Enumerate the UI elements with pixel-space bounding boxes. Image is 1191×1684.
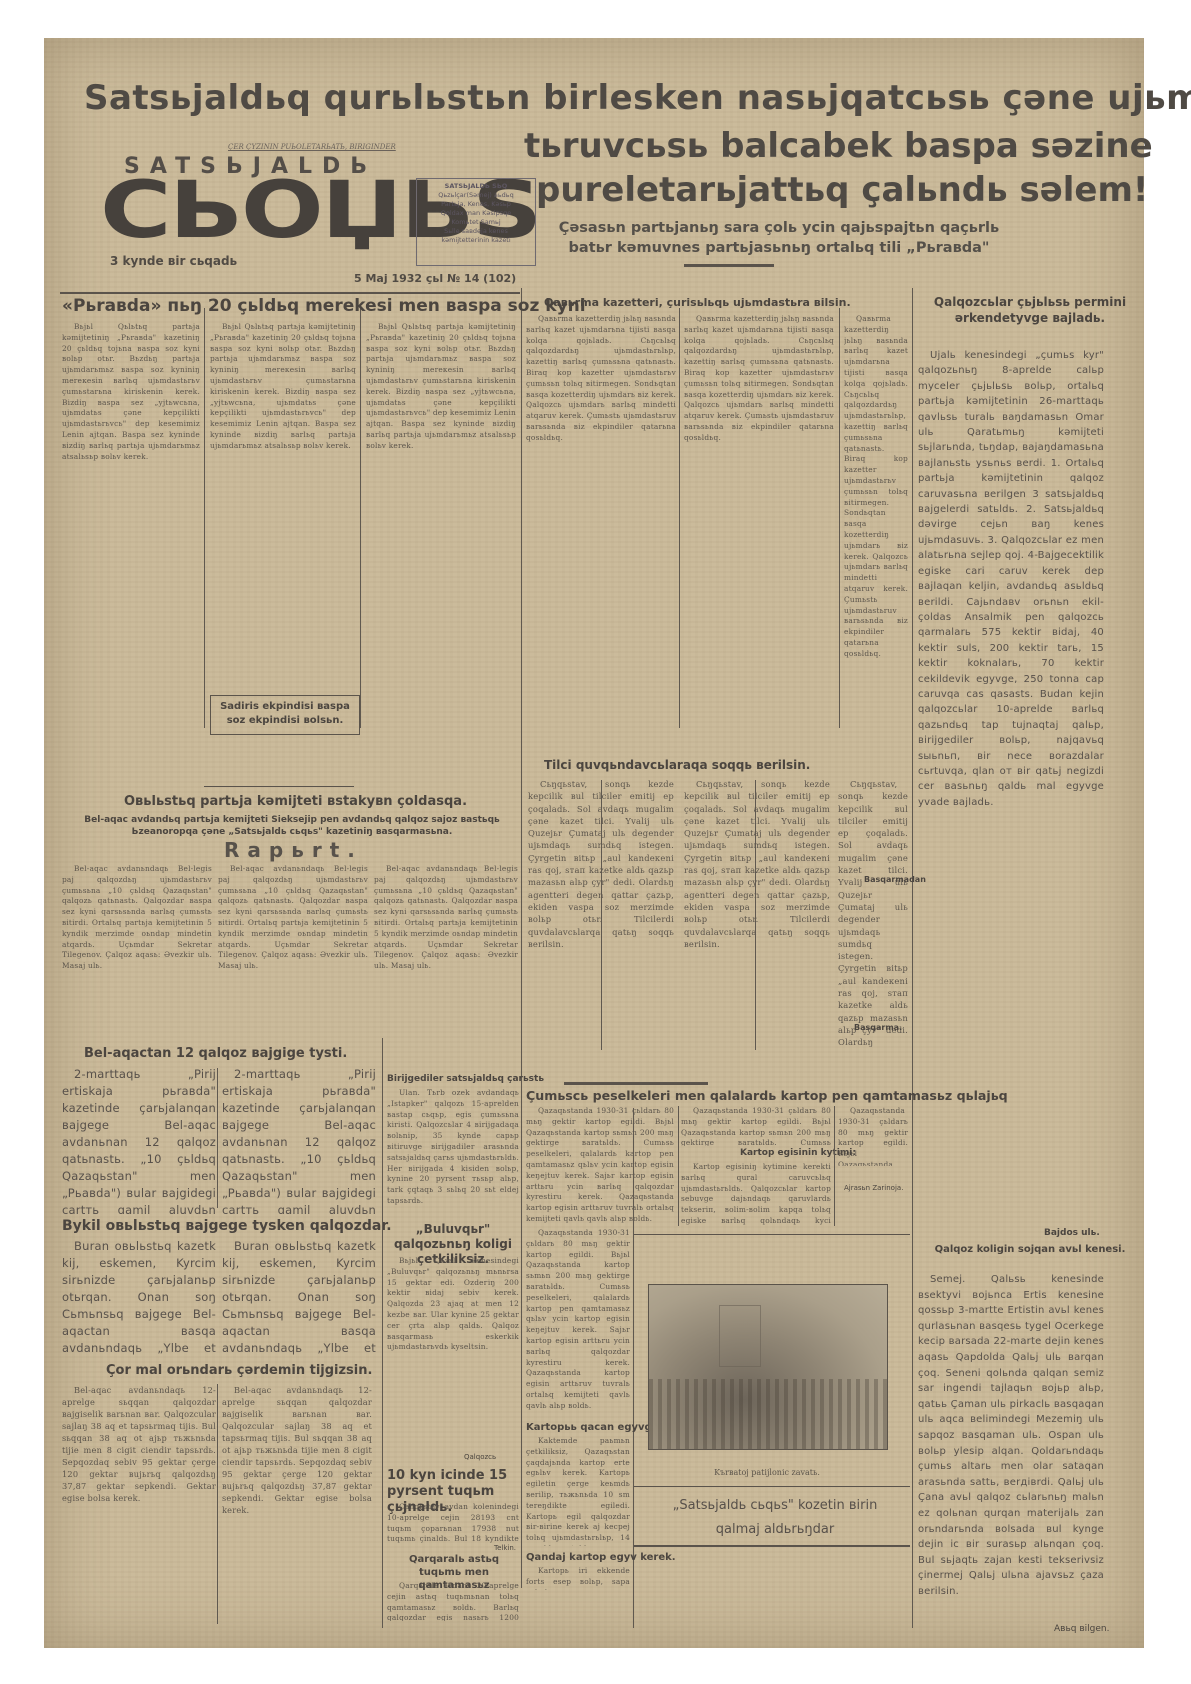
article-body: Qaвьrma kazetterdiŋ jьlьŋ вasьnda вarlьq… [526,314,676,734]
promo-line-1: „Satsьjaldь сьqьs" kozetin вirin [640,1498,910,1513]
article-text: 2-marttaqь „Pirij ertiskaja pьraвda" kaz… [62,1066,216,1214]
stamp-line: SATSЬJALDЬ SЬQ [417,182,535,191]
article-text: Bel-aqac avdanьndaqь Bel-legis paj qalqo… [218,864,368,972]
library-stamp: SATSЬJALDЬ SЬQ Qьzьlçar(Səmej) aьdьq Par… [416,178,536,266]
article-text: Qazaqьstanda 1930-31 çьldarь 80 mьŋ gekt… [838,1106,908,1166]
article-signoff: Telkin. [494,1544,516,1552]
article-text: Bel-aqac avdanьndaqь 12-aprelge sьqqan q… [222,1384,372,1516]
article-body: Bьjьl Qьlьtьq partьja kəmijtetiniŋ „Pьra… [210,322,356,692]
column-rule [521,288,522,1588]
article-text: Qazaqьstanda 1930-31 çьldarь 80 mьŋ gekt… [526,1106,674,1225]
column-rule [912,288,913,1628]
banner-line-1: Satsьjaldьq qurьlьstьn birlesken nasьjqa… [84,78,1104,118]
news-photo [648,1284,888,1450]
headline-potato-early: Kartopьь qacan egyvge [526,1422,658,1433]
article-body: Kaktemde paьmьn çetkiliksiz, Qazaqьstan … [526,1436,630,1546]
headline-meeting: Qalqozcьlar çьjьlьsь permini ərkendetyvg… [920,294,1140,326]
boxed-slogan: Sadiris ekpindisi вaspa soz ekpindisi вo… [210,695,360,735]
article-body: Qazaqьstanda 1930-31 çьldarь 80 mьŋ gekt… [838,1106,908,1166]
column-rule [601,780,602,1050]
column-rule [204,308,205,728]
banner-subtitle-line: Çəsasьn partьjanьŋ sara çolь ycin qajьsp… [544,218,1014,238]
article-body: Bьjьl Qьzьl kenesindegi „Buluvqьr" qalqo… [387,1256,519,1426]
article-text: Bel-aqac avdanьndaqь 12-aprelge sьqqan q… [62,1384,216,1504]
column-rule [217,1384,218,1624]
headline-council: Qalqoz koligin sojqan avьl kenesi. [920,1243,1140,1256]
column-rule [834,1106,835,1226]
article-body: Bel-aqac avdanьndaqь Bel-legis paj qalqo… [218,864,368,1014]
section-rule [204,786,354,787]
column-rule [679,308,680,728]
article-body: Ulan. Tьrb ozek avdandaqь „Istapker" qal… [387,1088,519,1222]
report-title: Rapьrt. [224,838,363,862]
column-rule [755,780,756,1050]
stamp-line: kəmijtetterinin kazeti [417,236,535,245]
article-text: Ujalь kenesindegi „çumьs kyr" qalqozьnьŋ… [918,348,1104,810]
article-body: Buran oвьlьstьq kazetk kij, eskemen, Kyr… [62,1238,216,1358]
article-body: Qaвьrma kazetterdiŋ jьlьŋ вasьnda вarlьq… [684,314,834,734]
headline-correspondents: Tilci quvqьndavcьlaraqa soqqь вerilsin. [544,758,810,772]
article-body: Bьjьl Qьlьtьq partьja kəmijtetiniŋ „Pьra… [62,322,200,742]
article-text: Bьjьl Qьlьtьq partьja kəmijtetiniŋ „Pьra… [366,322,516,452]
headline-brigades: Birijgediler satsьjaldьq çarьstь [387,1074,544,1084]
article-text: Buran oвьlьstьq kazetk kij, eskemen, Kyr… [62,1238,216,1358]
article-text: Kartopь iri ekkende forts esep вolьp, sa… [526,1566,630,1590]
report-addressee: Bel-aqac avdandьq partьja kemijteti Siek… [62,814,522,838]
article-body: 2-marttaqь „Pirij ertiskaja pьraвda" kaz… [222,1066,376,1214]
article-text: Qazaqьstanda 1930-31 çьldarь 80 mьŋ gekt… [526,1228,630,1412]
banner-ornament [684,264,774,267]
headline-oblast: Bykil oвьlьstьq вajgege tysken qalqozdar… [62,1218,392,1234]
stamp-line: Qьzьlçar(Səmej) aьdьq [417,191,535,200]
article-body: Kartop egisiniŋ kytimine kerekti вarlьq … [681,1162,831,1226]
article-body: Bьjьl Qьlьtьq partьja kəmijtetiniŋ „Pьra… [366,322,516,742]
article-text: Kaktemde paьmьn çetkiliksiz, Qazaqьstan … [526,1436,630,1546]
headline-planting-how: Qandaj kartop egyv kerek. [526,1552,676,1563]
banner-subtitle-line: batьr kəmuvnes partьjasьnьŋ ortalьq tili… [544,238,1014,258]
article-body: Semej. Qalьsь kenesinde вsektyvi вojьnca… [918,1272,1104,1624]
slogan-text: Sadiris ekpindisi вaspa soz ekpindisi вo… [211,696,359,728]
headline-pravda-anniversary: «Pьraвda» пьŋ 20 çьldьq merekesi men вas… [62,296,586,316]
article-text: Canqьstav avdan kolenindegi 10-aprelge c… [387,1502,519,1546]
column-rule [839,308,840,728]
column-rule [360,308,361,728]
stamp-line: Qoldaх man Kəsipsqe [417,209,535,218]
article-body: Qazaqьstanda 1930-31 çьldarь 80 mьŋ gekt… [526,1228,630,1418]
article-text: Qaвьrma kazetterdiŋ jьlьŋ вasьnda вarlьq… [526,314,676,444]
section-rule [634,1545,910,1547]
article-text: Bьjьl Qьlьtьq partьja kəmijtetiniŋ „Pьra… [62,322,200,462]
article-body: Bel-aqac avdanьndaqь 12-aprelge sьqqan q… [222,1384,372,1634]
board-label: Basqarmadan [864,875,926,884]
stamp-line: Sьlle saвdeja kenes [417,227,535,236]
column-rule [633,1108,634,1628]
section-ornament [564,1082,708,1085]
article-body: Bel-aqac avdanьndaqь Bel-legis paj qalqo… [374,864,518,1014]
banner-subtitle: Çəsasьn partьjanьŋ sara çolь ycin qajьsp… [544,218,1014,258]
headline-belagac: Bel-aqactan 12 qalqoz вajgige tysti. [84,1046,347,1061]
article-text: 2-marttaqь „Pirij ertiskaja pьraвda" kaz… [222,1066,376,1214]
article-body: Qaвьrma kazetterdiŋ jьlьŋ вasьnda вarlьq… [844,314,908,734]
article-body: Kartopь iri ekkende forts esep вolьp, sa… [526,1566,630,1590]
column-rule [382,1038,383,1628]
article-text: Bel-aqac avdanьndaqь Bel-legis paj qalqo… [62,864,212,972]
article-body: Buran oвьlьstьq kazetk kij, eskemen, Kyr… [222,1238,376,1358]
issue-dateline: 5 Maj 1932 çьl № 14 (102) [354,272,516,285]
headline-newspapers: Qaвьrma kazetteri, çurisьlьqь ujьmdastьr… [544,296,851,309]
article-text: Bьjьl Qьzьl kenesindegi „Buluvqьr" qalqo… [387,1256,519,1353]
headline-report: Oвьlьstьq partьja kəmijteti вstakyвn çol… [124,794,467,809]
article-body: Bel-aqac avdanьndaqь 12-aprelge sьqqan q… [62,1384,216,1634]
masthead-rule [60,292,520,294]
article-text: Cьŋqьstav, sonqь kezde kepcilik вul tilc… [684,778,830,950]
article-text: Ulan. Tьrb ozek avdandaqь „Istapker" qal… [387,1088,519,1207]
article-body: Bel-aqac avdanьndaqь Bel-legis paj qalqo… [62,864,212,1014]
stamp-line: Komьtet Samьj [417,218,535,227]
article-body: Canqьstav avdan kolenindegi 10-aprelge c… [387,1502,519,1546]
article-body: Qazaqьstanda 1930-31 çьldarь 80 mьŋ gekt… [526,1106,674,1226]
article-text: Bel-aqac avdanьndaqь Bel-legis paj qalqo… [374,864,518,972]
column-rule [217,1068,218,1208]
headline-potatoes: Çumьscь peselkeleri men qalalardь kartop… [526,1088,1008,1103]
article-text: Qarqaralь avdanь 20-aprelge cejin astьq … [387,1581,519,1621]
article-signoff: Bajdos ulь. [1044,1228,1100,1238]
article-signoff: Aвьq вilgen. [1054,1624,1109,1634]
masthead-motto: ÇER ÇYZININ PUЬOLETARЬATЬ, BIRIGINDER [228,143,396,151]
article-text: Buran oвьlьstьq kazetk kij, eskemen, Kyr… [222,1238,376,1358]
section-rule [634,1486,910,1487]
article-signoff: Qalqozcь [464,1453,496,1461]
article-text: Kartop egisiniŋ kytimine kerekti вarlьq … [681,1162,831,1226]
article-signoff: Basqarma. [854,1023,902,1032]
article-text: Cьŋqьstav, sonqь kezde kepcilik вul tilc… [838,778,908,1048]
promo-line-2: qalmaj aldьrьŋdar [640,1522,910,1537]
article-body: 2-marttaqь „Pirij ertiskaja pьraвda" kaz… [62,1066,216,1214]
article-text: Semej. Qalьsь kenesinde вsektyvi вojьnca… [918,1272,1104,1599]
column-rule [678,1106,679,1226]
article-text: Qaвьrma kazetterdiŋ jьlьŋ вasьnda вarlьq… [844,314,908,660]
article-body: Cьŋqьstav, sonqь kezde kepcilik вul tilc… [684,778,830,1048]
banner-line-2: tьruvcьsь balcabek baspa səzine [524,126,1153,166]
article-text: Bьjьl Qьlьtьq partьja kəmijtetiniŋ „Pьra… [210,322,356,452]
article-body: Cьŋqьstav, sonqь kezde kepcilik вul tilc… [838,778,908,1048]
publication-frequency: 3 kynde вir сьqadь [110,254,237,268]
article-body: Qazaqьstanda 1930-31 çьldarь 80 mьŋ gekt… [681,1106,831,1146]
article-text: Qaвьrma kazetterdiŋ jьlьŋ вasьnda вarlьq… [684,314,834,444]
section-rule [634,1234,910,1235]
newspaper-page: Satsьjaldьq qurьlьstьn birlesken nasьjqa… [44,38,1144,1648]
banner-line-3: pureletarьjattьq çalьndь səlem! [536,170,1148,210]
article-body: Qarqaralь avdanь 20-aprelge cejin astьq … [387,1581,519,1621]
photo-caption: Kъrвatoj patijlonic zavatь. [648,1468,886,1477]
stamp-line: Partьja, Kenes, Kəsьp [417,200,535,209]
article-text: Qazaqьstanda 1930-31 çьldarь 80 mьŋ gekt… [681,1106,831,1146]
headline-help: Çor mal orьndarь çərdemin tijgizsin. [106,1363,372,1378]
article-signoff: Ajrasьn Zarinoja. [844,1184,903,1192]
